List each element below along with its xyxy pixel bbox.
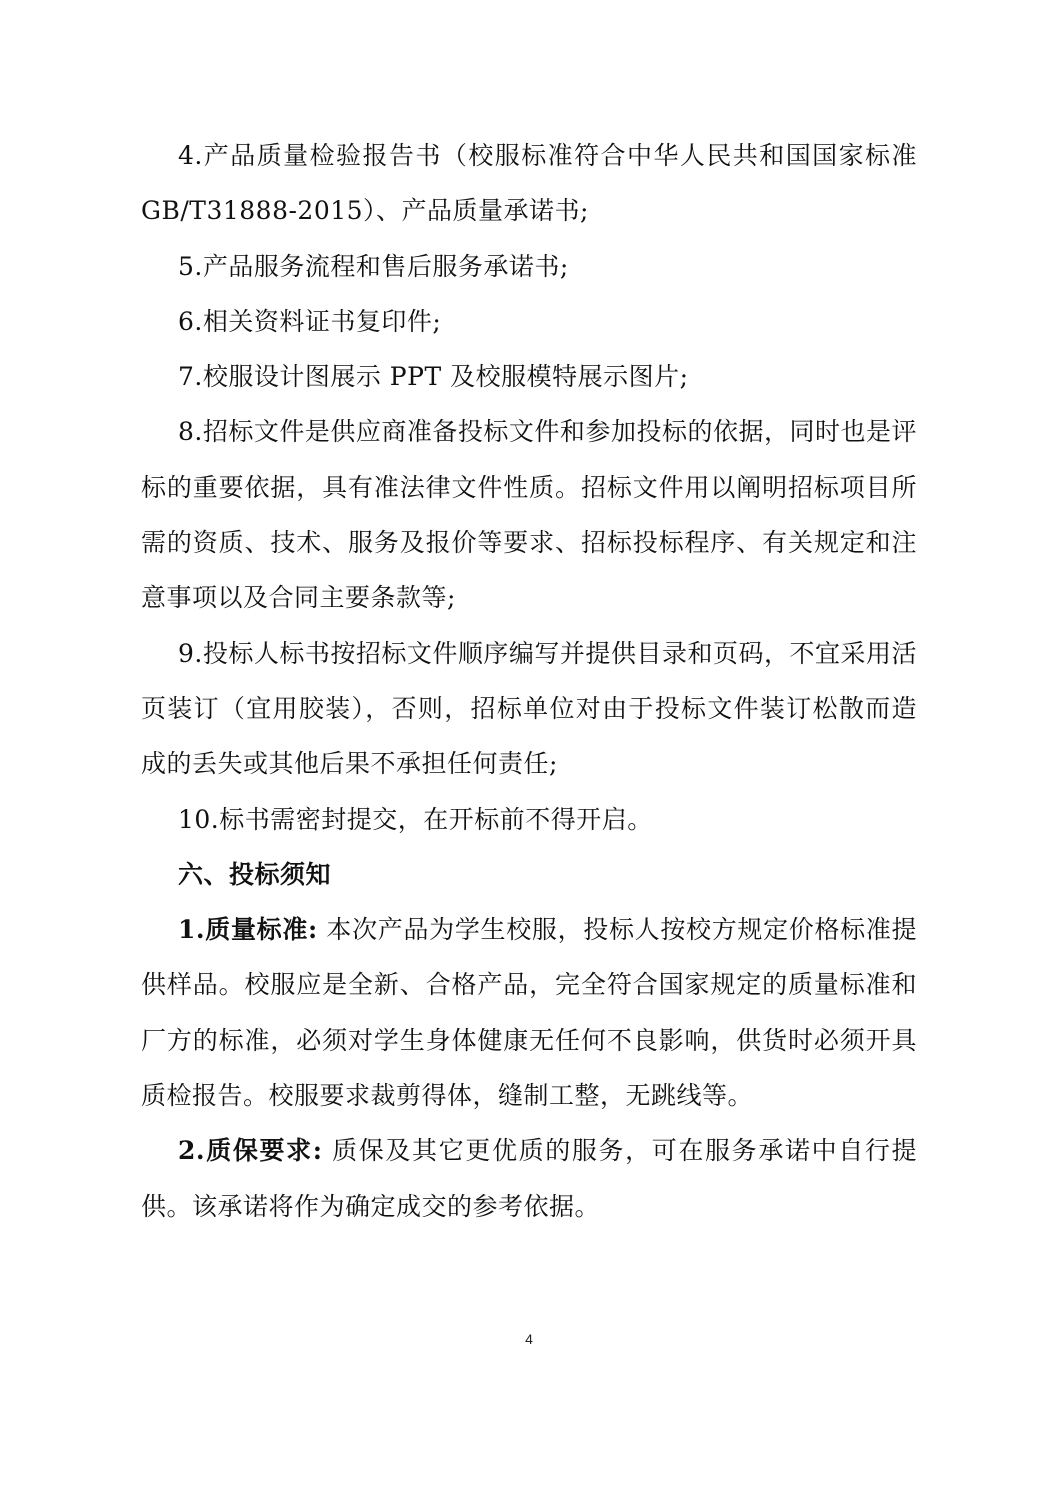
notice-item-quality-standard: 1.质量标准: 本次产品为学生校服，投标人按校方规定价格标准提供样品。校服应是全… [141, 902, 917, 1123]
paragraph-item-8: 8.招标文件是供应商准备投标文件和参加投标的依据，同时也是评标的重要依据，具有准… [141, 404, 917, 625]
document-page: 4.产品质量检验报告书（校服标准符合中华人民共和国国家标准GB/T31888-2… [141, 128, 917, 1234]
page-number: 4 [0, 1331, 1058, 1347]
paragraph-item-6: 6.相关资料证书复印件; [141, 294, 917, 349]
notice-item-label: 2.质保要求: [178, 1136, 323, 1165]
section-heading: 六、投标须知 [141, 847, 917, 902]
paragraph-item-9: 9.投标人标书按招标文件顺序编写并提供目录和页码，不宜采用活页装订（宜用胶装），… [141, 626, 917, 792]
paragraph-item-5: 5.产品服务流程和售后服务承诺书; [141, 239, 917, 294]
paragraph-item-4: 4.产品质量检验报告书（校服标准符合中华人民共和国国家标准GB/T31888-2… [141, 128, 917, 239]
notice-item-label: 1.质量标准: [178, 915, 318, 944]
notice-item-text: 本次产品为学生校服，投标人按校方规定价格标准提供样品。校服应是全新、合格产品，完… [141, 915, 917, 1110]
paragraph-item-10: 10.标书需密封提交，在开标前不得开启。 [141, 792, 917, 847]
notice-item-warranty: 2.质保要求: 质保及其它更优质的服务，可在服务承诺中自行提供。该承诺将作为确定… [141, 1123, 917, 1234]
paragraph-item-7: 7.校服设计图展示 PPT 及校服模特展示图片; [141, 349, 917, 404]
